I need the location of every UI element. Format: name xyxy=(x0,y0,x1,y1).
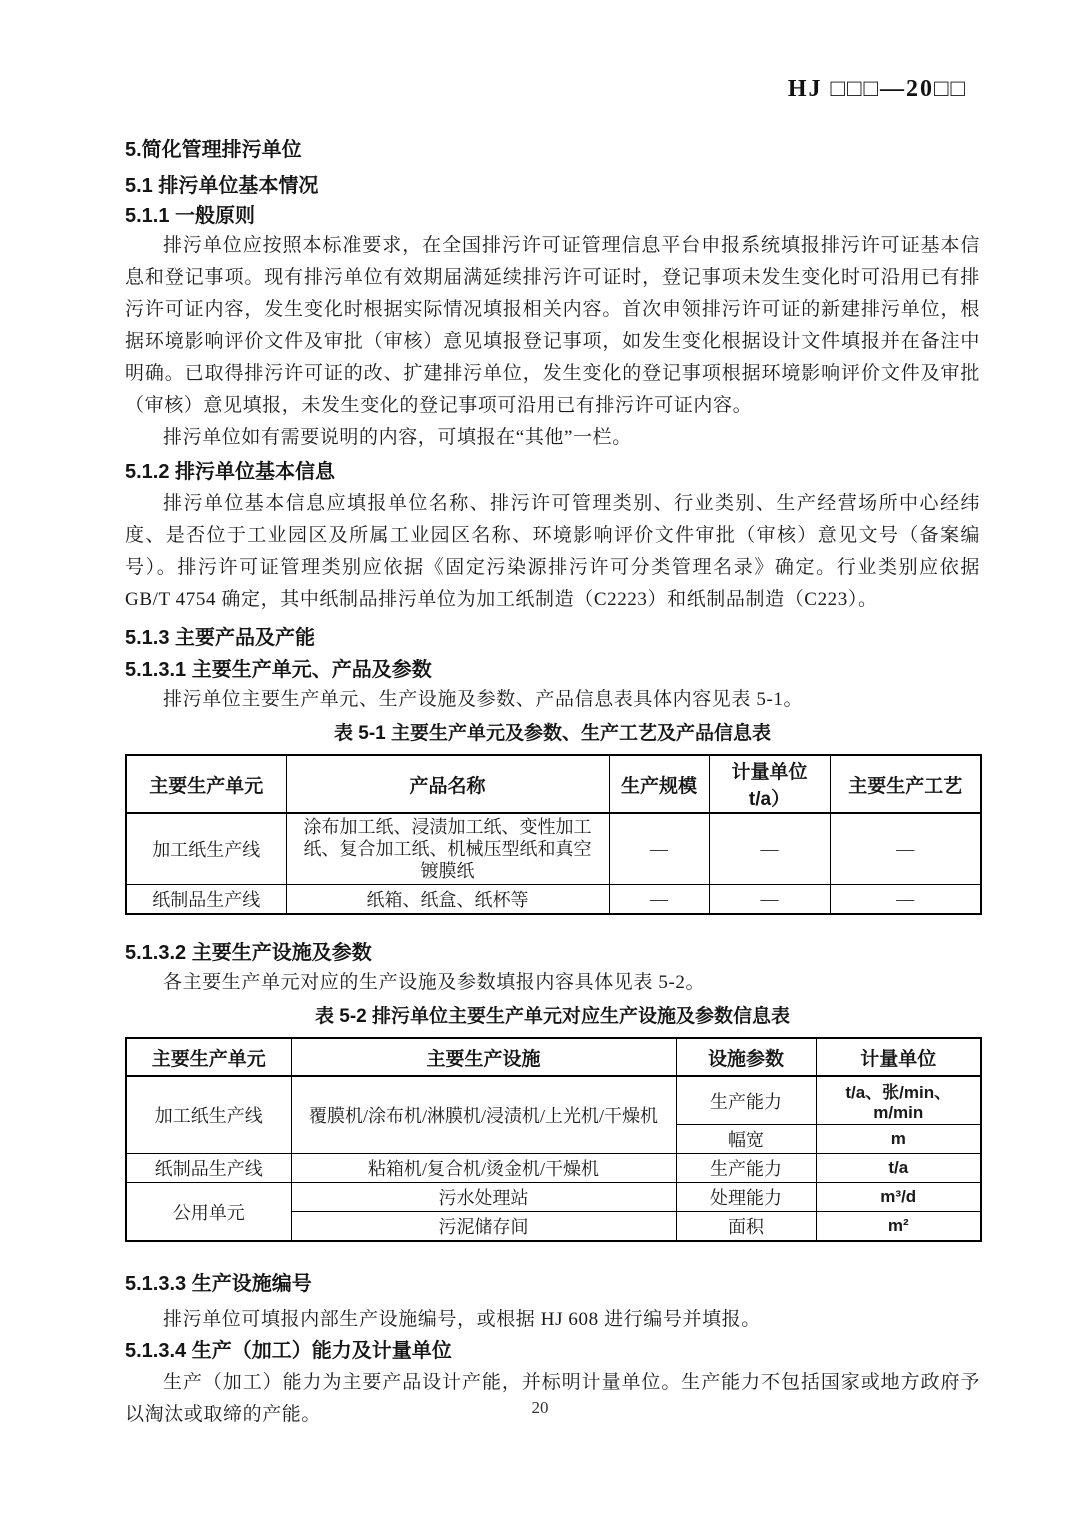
table1-title: 表 5-1 主要生产单元及参数、生产工艺及产品信息表 xyxy=(125,720,980,748)
table1-cell-scale: — xyxy=(609,885,709,915)
heading-5-1-3-2: 5.1.3.2 主要生产设施及参数 xyxy=(125,939,980,967)
table1-cell-process: — xyxy=(830,813,981,885)
table2-cell-facility: 覆膜机/涂布机/淋膜机/浸渍机/上光机/干燥机 xyxy=(291,1076,676,1154)
table2-cell-param: 生产能力 xyxy=(676,1076,816,1125)
table1-cell-measure: — xyxy=(709,813,830,885)
heading-5-1-1: 5.1.1 一般原则 xyxy=(125,202,980,230)
table1-cell-measure: — xyxy=(709,885,830,915)
table1-header-product: 产品名称 xyxy=(286,755,609,813)
table1-header-measure: 计量单位 t/a） xyxy=(709,755,830,813)
table2-cell-unit: 公用单元 xyxy=(126,1183,291,1242)
table-row: 公用单元 污水处理站 处理能力 m³/d xyxy=(126,1183,981,1212)
page-number: 20 xyxy=(0,1396,1080,1420)
table1-cell-unit: 加工纸生产线 xyxy=(126,813,286,885)
heading-5-1-3: 5.1.3 主要产品及产能 xyxy=(125,624,980,652)
table-row: 加工纸生产线 覆膜机/涂布机/淋膜机/浸渍机/上光机/干燥机 生产能力 t/a、… xyxy=(126,1076,981,1125)
table1-cell-unit: 纸制品生产线 xyxy=(126,885,286,915)
heading-5: 5.简化管理排污单位 xyxy=(125,136,980,164)
paragraph-table2-intro: 各主要生产单元对应的生产设施及参数填报内容具体见表 5-2。 xyxy=(125,967,980,999)
table2-cell-facility: 污泥储存间 xyxy=(291,1212,676,1242)
table2-cell-param: 处理能力 xyxy=(676,1183,816,1212)
table1-header-scale: 生产规模 xyxy=(609,755,709,813)
paragraph-table1-intro: 排污单位主要生产单元、生产设施及参数、产品信息表具体内容见表 5-1。 xyxy=(125,684,980,716)
table2-cell-measure: t/a、张/min、m/min xyxy=(816,1076,981,1125)
table2-cell-param: 幅宽 xyxy=(676,1125,816,1154)
table2-cell-facility: 污水处理站 xyxy=(291,1183,676,1212)
table1-cell-scale: — xyxy=(609,813,709,885)
table-5-2: 主要生产单元 主要生产设施 设施参数 计量单位 加工纸生产线 覆膜机/涂布机/淋… xyxy=(125,1037,982,1242)
table2-cell-measure: m³/d xyxy=(816,1183,981,1212)
table2-cell-measure: m xyxy=(816,1125,981,1154)
heading-5-1-3-3: 5.1.3.3 生产设施编号 xyxy=(125,1270,980,1298)
heading-5-1-3-4: 5.1.3.4 生产（加工）能力及计量单位 xyxy=(125,1337,980,1365)
table-row: 纸制品生产线 粘箱机/复合机/烫金机/干燥机 生产能力 t/a xyxy=(126,1154,981,1183)
table1-cell-process: — xyxy=(830,885,981,915)
table2-header-param: 设施参数 xyxy=(676,1038,816,1076)
table-row: 加工纸生产线 涂布加工纸、浸渍加工纸、变性加工纸、复合加工纸、机械压型纸和真空镀… xyxy=(126,813,981,885)
heading-5-1-2: 5.1.2 排污单位基本信息 xyxy=(125,458,980,486)
table1-header-row: 主要生产单元 产品名称 生产规模 计量单位 t/a） 主要生产工艺 xyxy=(126,755,981,813)
table2-header-facility: 主要生产设施 xyxy=(291,1038,676,1076)
table2-cell-measure: t/a xyxy=(816,1154,981,1183)
table2-cell-param: 生产能力 xyxy=(676,1154,816,1183)
table2-cell-facility: 粘箱机/复合机/烫金机/干燥机 xyxy=(291,1154,676,1183)
table2-header-measure: 计量单位 xyxy=(816,1038,981,1076)
heading-5-1-3-1: 5.1.3.1 主要生产单元、产品及参数 xyxy=(125,656,980,684)
table2-cell-unit: 纸制品生产线 xyxy=(126,1154,291,1183)
table1-cell-products: 纸箱、纸盒、纸杯等 xyxy=(286,885,609,915)
table2-header-unit: 主要生产单元 xyxy=(126,1038,291,1076)
table1-header-unit: 主要生产单元 xyxy=(126,755,286,813)
table2-cell-param: 面积 xyxy=(676,1212,816,1242)
paragraph-general-principle-1: 排污单位应按照本标准要求，在全国排污许可证管理信息平台申报系统填报排污许可证基本… xyxy=(125,230,980,422)
table1-header-process: 主要生产工艺 xyxy=(830,755,981,813)
heading-5-1: 5.1 排污单位基本情况 xyxy=(125,172,980,200)
table2-header-row: 主要生产单元 主要生产设施 设施参数 计量单位 xyxy=(126,1038,981,1076)
table2-title: 表 5-2 排污单位主要生产单元对应生产设施及参数信息表 xyxy=(125,1003,980,1031)
table-5-1: 主要生产单元 产品名称 生产规模 计量单位 t/a） 主要生产工艺 加工纸生产线… xyxy=(125,754,982,915)
table-row: 纸制品生产线 纸箱、纸盒、纸杯等 — — — xyxy=(126,885,981,915)
paragraph-facility-number: 排污单位可填报内部生产设施编号，或根据 HJ 608 进行编号并填报。 xyxy=(125,1304,980,1336)
paragraph-general-principle-2: 排污单位如有需要说明的内容，可填报在“其他”一栏。 xyxy=(125,422,980,454)
page-content: 5.简化管理排污单位 5.1 排污单位基本情况 5.1.1 一般原则 排污单位应… xyxy=(125,0,980,1431)
document-page: HJ □□□—20□□ 5.简化管理排污单位 5.1 排污单位基本情况 5.1.… xyxy=(0,0,1080,1527)
table2-cell-measure: m² xyxy=(816,1212,981,1242)
paragraph-basic-info: 排污单位基本信息应填报单位名称、排污许可管理类别、行业类别、生产经营场所中心经纬… xyxy=(125,488,980,616)
table2-cell-unit: 加工纸生产线 xyxy=(126,1076,291,1154)
table1-cell-products: 涂布加工纸、浸渍加工纸、变性加工纸、复合加工纸、机械压型纸和真空镀膜纸 xyxy=(286,813,609,885)
